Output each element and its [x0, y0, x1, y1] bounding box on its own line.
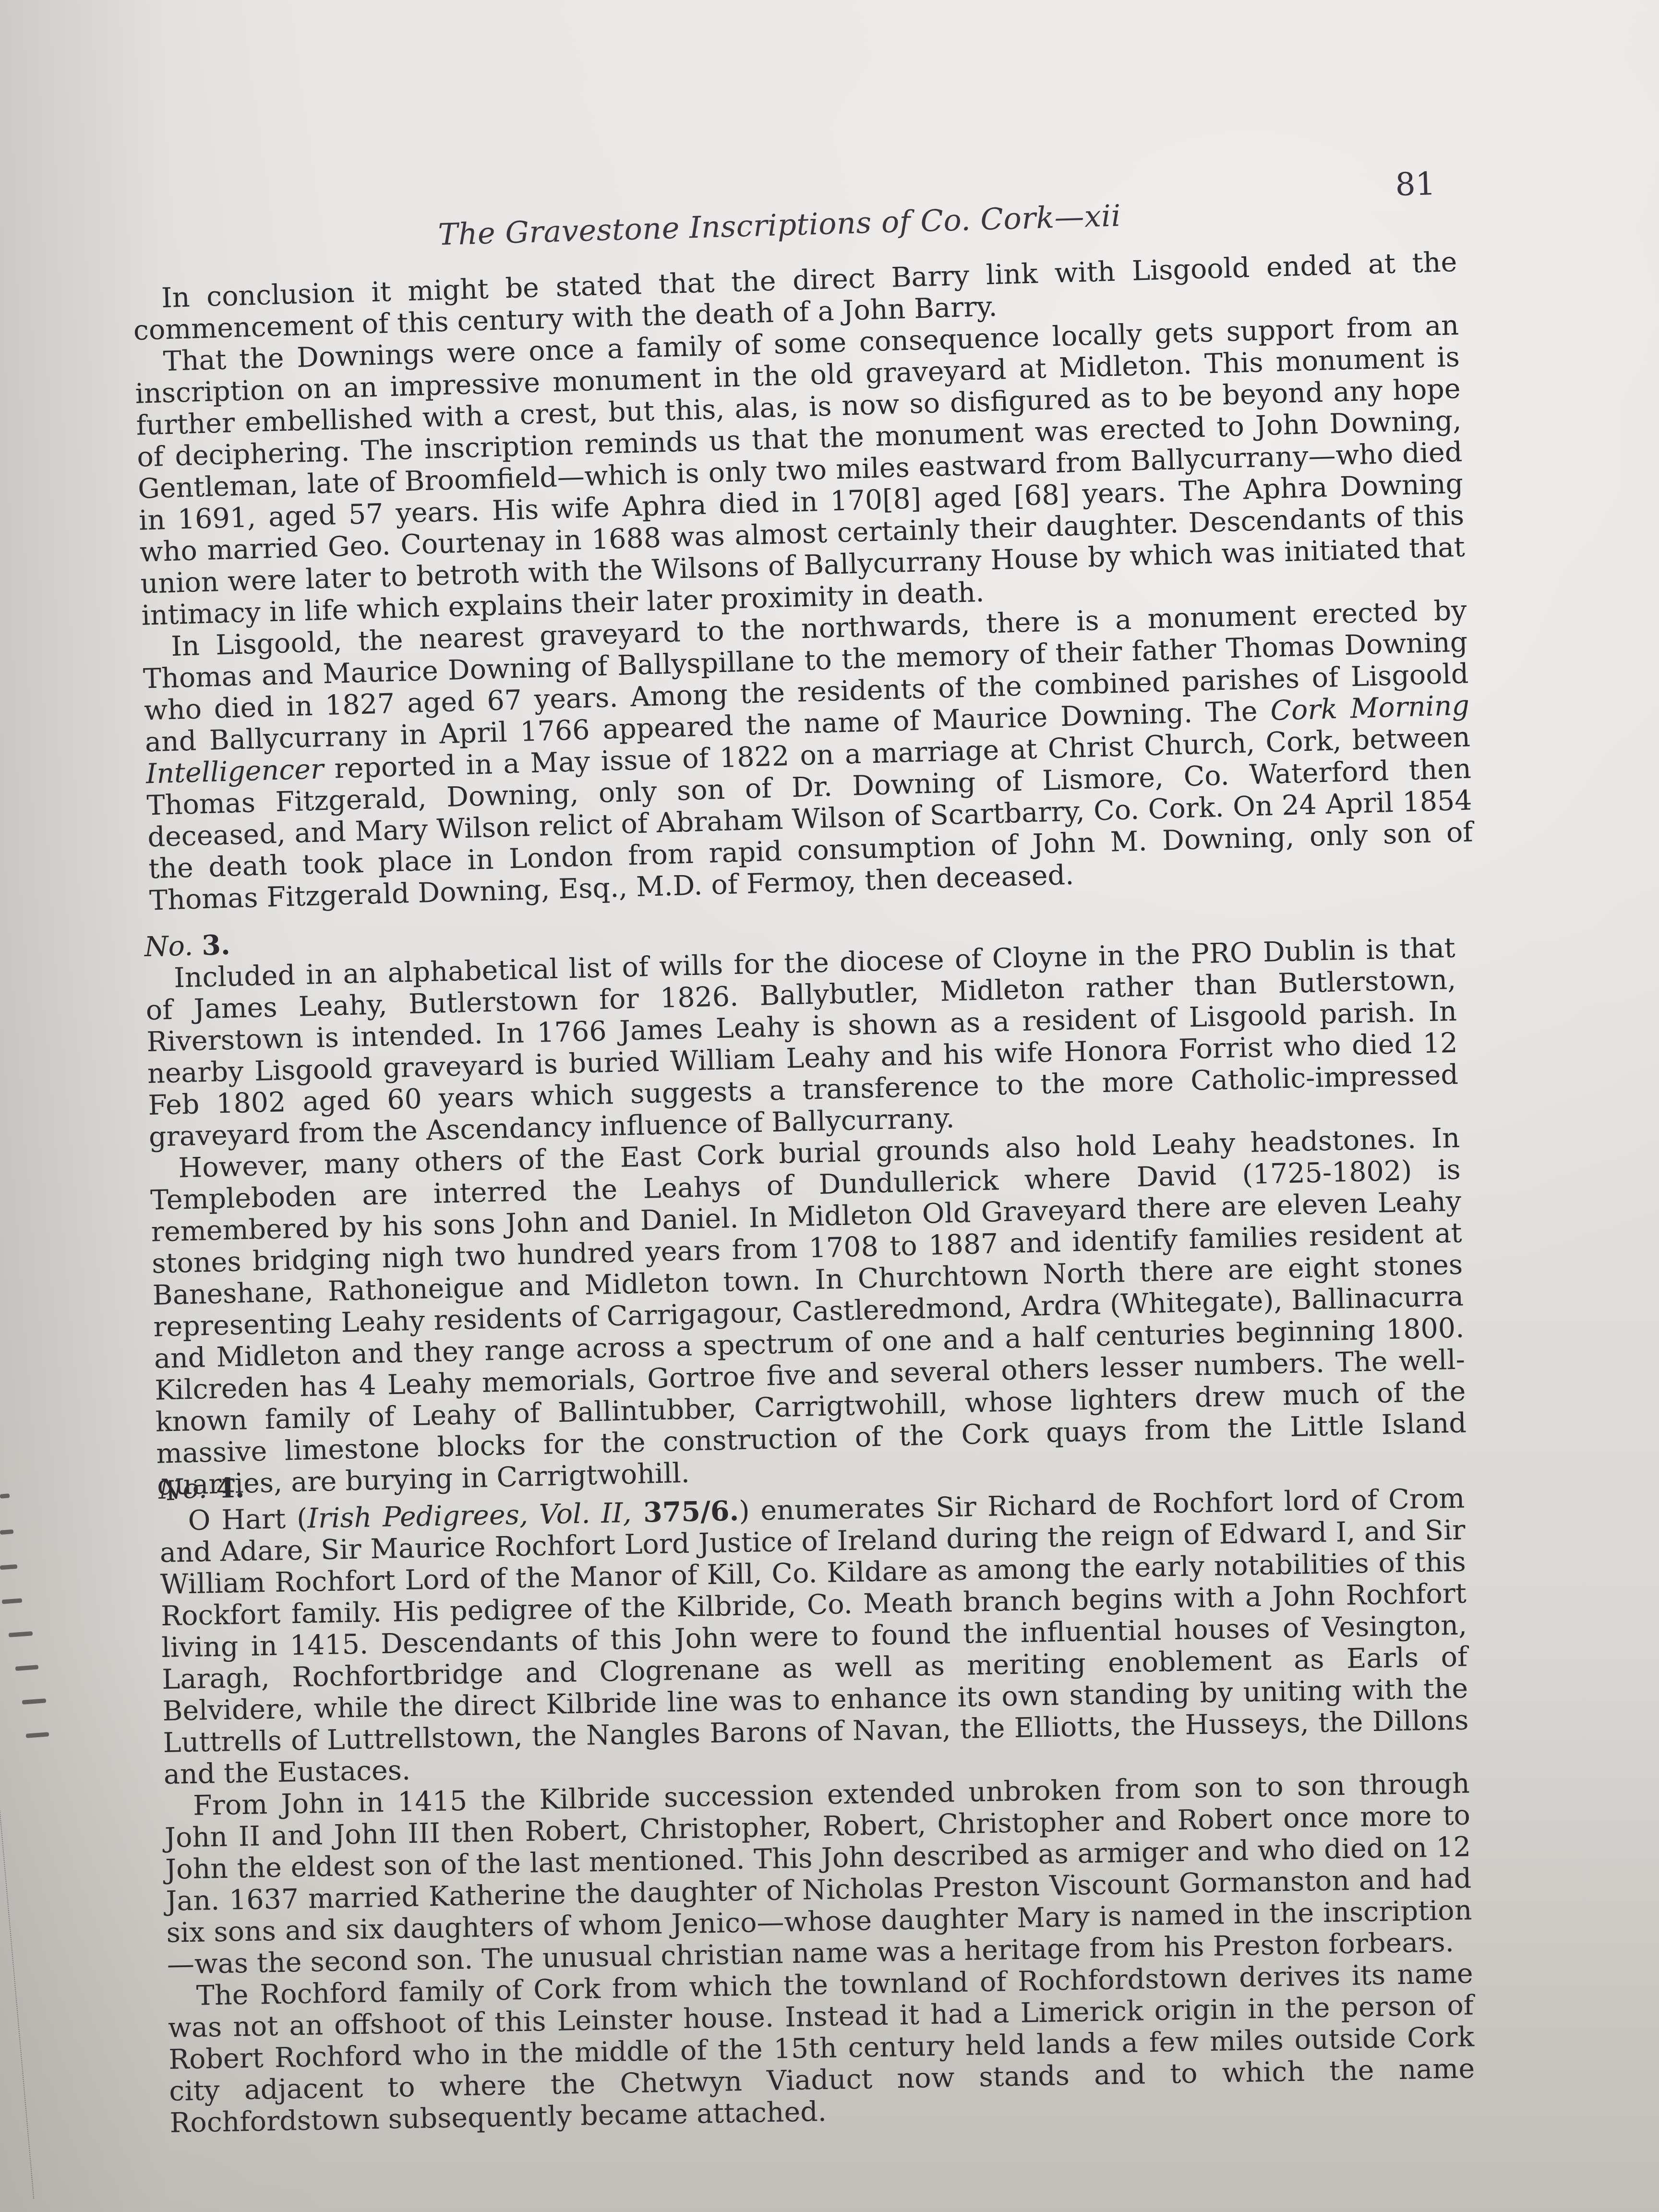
- binding-thread: [0, 1527, 68, 2199]
- paragraph: Included in an alphabetical list of will…: [145, 932, 1460, 1153]
- paragraph: However, many others of the East Cork bu…: [149, 1122, 1467, 1502]
- binding-stitch: [22, 1698, 47, 1704]
- page-middle: No. 3. Included in an alphabetical list …: [144, 901, 1467, 1502]
- binding-stitch: [0, 1493, 10, 1498]
- running-title: The Gravestone Inscriptions of Co. Cork—…: [438, 198, 1121, 252]
- paragraph: The Rochford family of Cork from which t…: [167, 1958, 1475, 2139]
- page-upper: The Gravestone Inscriptions of Co. Cork—…: [130, 155, 1474, 916]
- section-3: No. 3. Included in an alphabetical list …: [144, 901, 1467, 1502]
- paragraph: In Lisgoold, the nearest graveyard to th…: [142, 595, 1475, 917]
- citation-title: Irish Pedigrees, Vol. II,: [307, 1497, 632, 1535]
- page-lower: No. 4. O Hart (Irish Pedigrees, Vol. II,…: [158, 1451, 1476, 2139]
- page-number: 81: [1395, 165, 1436, 203]
- paragraph: O Hart (Irish Pedigrees, Vol. II, 375/6.…: [159, 1483, 1469, 1791]
- intro-text: In conclusion it might be stated that th…: [132, 246, 1474, 917]
- section-4: No. 4. O Hart (Irish Pedigrees, Vol. II,…: [158, 1451, 1476, 2139]
- citation-ref: 375/6.: [631, 1495, 739, 1529]
- paragraph: From John in 1415 the Kilbride successio…: [164, 1767, 1473, 1980]
- paragraph: That the Downings were once a family of …: [134, 310, 1467, 632]
- binding-stitch: [26, 1732, 49, 1738]
